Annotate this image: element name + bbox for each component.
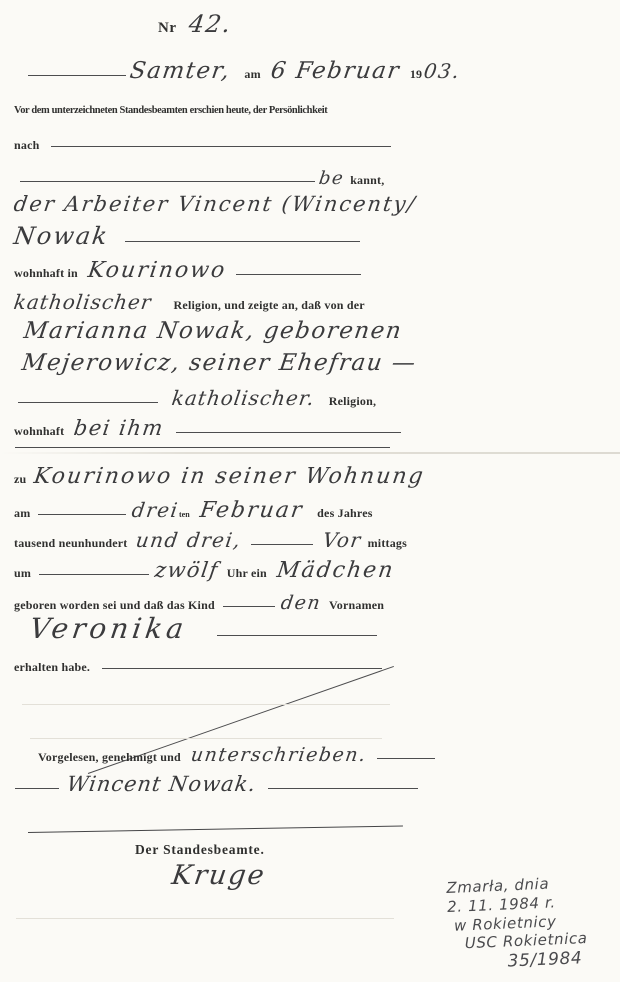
religion1-value: katholischer (12, 290, 153, 314)
hour-value: zwölf (153, 558, 220, 582)
child-sex-value: Mädchen (275, 558, 396, 583)
first-name-row: Veronika (30, 612, 377, 645)
record-number-row: Nr 42. (158, 10, 231, 38)
declarant-row-2: Nowak (14, 222, 360, 250)
religion1-row: katholischer Religion, und zeigte an, da… (14, 290, 365, 314)
residence-value: Kourinowo (86, 258, 228, 283)
registrar-label: Der Standesbeamte. (135, 842, 265, 858)
ruled-line (30, 738, 382, 739)
religion1-label: Religion, und zeigte an, daß von der (174, 298, 365, 313)
blank-line (217, 632, 377, 636)
be-hand: be (318, 168, 346, 189)
birthdate-row-1: am drei ten Februar des Jahres (14, 498, 373, 523)
registrar-signature-row: Kruge (172, 860, 266, 891)
record-number-value: 42. (187, 10, 234, 38)
nach-label: nach (14, 138, 39, 153)
blank-line (377, 755, 435, 759)
am-label: am (244, 67, 260, 82)
declarant-row-1: der Arbeiter Vincent (Wincenty/ (14, 192, 417, 216)
birth-record-document: Nr 42. Samter, am 6 Februar 19 03. Vor d… (0, 0, 620, 982)
birthplace-value: Kourinowo in seiner Wohnung (33, 464, 427, 489)
blank-line (28, 72, 126, 76)
flourish-line (28, 825, 403, 833)
declarant-name-line1: der Arbeiter Vincent (Wincenty/ (12, 192, 418, 216)
blank-line (251, 541, 313, 545)
ruled-line (22, 704, 390, 705)
residence-row: wohnhaft in Kourinowo (14, 258, 361, 283)
des-jahres-label: des Jahres (317, 506, 372, 521)
birth-month-value: Februar (198, 498, 305, 523)
nach-row: nach (14, 138, 391, 153)
dateline-row: Samter, am 6 Februar 19 03. (28, 58, 461, 84)
registrar-signature: Kruge (170, 860, 268, 891)
blank-line (18, 399, 158, 403)
fold-crease (0, 452, 620, 454)
record-number-label: Nr (158, 20, 177, 37)
birthdate-row-2: tausend neunhundert und drei, Vor mittag… (14, 528, 407, 552)
birth-day-value: drei (131, 498, 181, 522)
den-value: den (279, 592, 322, 614)
am2-label: am (14, 506, 30, 521)
tausend-label: tausend neunhundert (14, 536, 128, 551)
first-name-value: Veronika (28, 612, 190, 645)
mother-name-line1: Marianna Nowak, geborenen (22, 318, 404, 344)
blank-line (176, 429, 401, 433)
blank-line (51, 143, 391, 147)
mittags-label: mittags (368, 536, 407, 551)
blank-line (15, 444, 390, 448)
vor-value: Vor (321, 528, 363, 552)
geboren-row: geboren worden sei und daß das Kind den … (14, 592, 384, 614)
wohnhaft2-row: wohnhaft bei ihm (14, 416, 401, 440)
birthplace-row: zu Kourinowo in seiner Wohnung (14, 464, 425, 489)
uhr-ein-label: Uhr ein (227, 566, 267, 581)
ruled-line (16, 918, 394, 919)
wohnhaft-label: wohnhaft (14, 424, 64, 439)
blank-line (125, 238, 360, 242)
mother-row-1: Marianna Nowak, geborenen (24, 318, 402, 344)
vorgelesen-row: Vorgelesen, genehmigt und unterschrieben… (38, 744, 435, 766)
erhalten-label: erhalten habe. (14, 660, 90, 675)
bekannt-row: be kannt, (20, 168, 384, 189)
intro-text: Vor dem unterzeichneten Standesbeamten e… (14, 104, 327, 116)
birthtime-row: um zwölf Uhr ein Mädchen (14, 558, 394, 583)
zu-label: zu (14, 472, 26, 487)
erhalten-row: erhalten habe. (14, 660, 382, 675)
year-value: 03. (423, 59, 463, 83)
separator-row (15, 446, 390, 450)
vornamen-label: Vornamen (329, 598, 384, 613)
date-day-month: 6 Februar (269, 58, 402, 84)
annotation-line-5: 35/1984 (507, 948, 589, 973)
declarant-signature: Wincent Nowak. (65, 772, 258, 796)
vorgelesen-label: Vorgelesen, genehmigt und (38, 750, 181, 765)
intro-row: Vor dem unterzeichneten Standesbeamten e… (14, 104, 327, 116)
blank-line (38, 511, 126, 515)
mother-name-line2: Mejerowicz, seiner Ehefrau — (20, 350, 418, 376)
religion2-label: Religion, (329, 394, 376, 409)
geboren-label: geboren worden sei und daß das Kind (14, 598, 215, 613)
kannt-label: kannt, (350, 173, 384, 188)
blank-line (39, 571, 149, 575)
birth-year-value: und drei, (134, 528, 243, 552)
blank-line (223, 603, 275, 607)
blank-line (236, 271, 361, 275)
religion2-value: katholischer. (170, 386, 316, 410)
declarant-name-line2: Nowak (12, 222, 111, 250)
blank-line (268, 785, 418, 789)
blank-line (20, 178, 315, 182)
declarant-signature-row: Wincent Nowak. (15, 772, 418, 796)
wohnhaft-value: bei ihm (73, 416, 166, 440)
religion2-row: katholischer. Religion, (18, 386, 376, 410)
blank-line (15, 785, 59, 789)
wohnhaft-in-label: wohnhaft in (14, 266, 78, 281)
blank-line (102, 665, 382, 669)
registrar-label-row: Der Standesbeamte. (135, 842, 265, 858)
ten-label: ten (179, 510, 190, 519)
um-label: um (14, 566, 31, 581)
mother-row-2: Mejerowicz, seiner Ehefrau — (22, 350, 416, 376)
death-annotation: Zmarła, dnia 2. 11. 1984 r. w Rokietnicy… (446, 873, 589, 975)
unterschrieben-value: unterschrieben. (189, 744, 368, 766)
century-print: 19 (410, 67, 422, 82)
place-value: Samter, (128, 58, 232, 84)
